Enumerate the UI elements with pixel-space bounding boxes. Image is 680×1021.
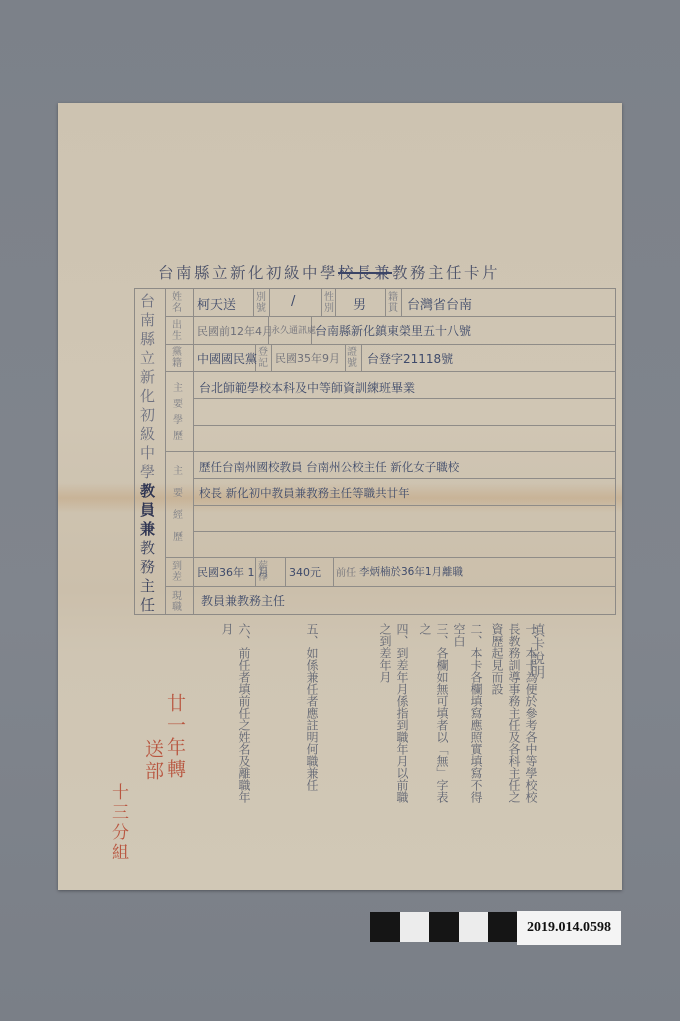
instruction-item-2: 二、本卡各欄填寫應照實填寫不得空白 [450,623,484,803]
col-divider [333,557,334,586]
col-divider [253,289,254,316]
post-value: 教員兼教務主任 [201,592,285,609]
document-sheet: 台南縣立新化初級中學校長兼教務主任卡片 姓名 柯天送 [58,103,622,890]
exam-label: 登記 [258,347,272,369]
alias-label: 別號 [256,292,270,314]
cert-value: 台登字21118號 [367,350,453,367]
sex-label: 性別 [324,292,338,314]
scale-block [488,912,518,942]
instruction-item-4: 四、到差年月係指到職年月以前職之到差年月 [376,623,410,803]
row-divider [193,478,615,479]
predecessor-label: 前任 [336,564,356,579]
row-divider [165,557,615,558]
instruction-item-5: 五、如係兼任者應註明何職兼任 [303,623,320,803]
education-label: 主要學歷 [173,381,187,445]
appoint-label: 到差 [172,561,186,583]
cert-label: 證號 [347,347,361,369]
name-value: 柯天送 [197,294,236,313]
sex-value: 男 [353,294,366,313]
salary-label: 薪俸 [258,561,272,583]
row-divider [193,425,615,426]
col-divider [321,289,322,316]
col-divider [193,289,194,614]
col-divider [361,344,362,371]
name-label: 姓名 [172,292,186,314]
post-label: 現職 [172,591,186,613]
instruction-item-6: 六、前任者填前任之姓名及離職年月 [218,623,252,803]
title-prefix: 台南縣立新化初級中學 [158,264,338,282]
party-value: 中國國民黨 [197,350,257,367]
scale-block [459,912,489,942]
row-divider [165,451,615,452]
color-scale-bar [370,912,518,942]
alias-value: / [291,294,295,309]
birth-label: 出生 [172,320,186,342]
scale-block [429,912,459,942]
side-heading: 台南縣立新化初級中學教員兼教務主任 [140,292,160,615]
predecessor-value: 李炳楠於36年1月離職 [359,564,463,579]
col-divider [165,289,166,614]
side-heading-column: 台南縣立新化初級中學教員兼教務主任 [134,288,164,613]
row-divider [193,505,615,506]
title-struck: 校長兼 [338,264,392,282]
col-divider [385,289,386,316]
career-line-2: 校長 新化初中教員兼教務主任等職共廿年 [199,485,410,501]
form-table: 姓名 柯天送 別號 / 性別 男 籍貫 台灣省台南 出生 民國前12年4月 永久… [134,288,616,615]
row-divider [165,371,615,372]
address-value: 台南縣新化鎮東榮里五十八號 [315,322,471,339]
accession-number-label: 2019.014.0598 [517,911,621,945]
education-line-1: 台北師範學校本科及中等師資訓練班畢業 [199,379,415,396]
col-divider [285,557,286,586]
instruction-item-1: 一、本卡為便於參考各中等學校校長教務訓導事務主任及各科主任之資歷起見而設 [488,623,539,803]
row-divider [193,531,615,532]
scale-block [400,912,430,942]
origin-label: 籍貫 [388,292,402,314]
scale-block [370,912,400,942]
side-role: 教務主任 [140,539,155,614]
side-struck: 教員兼 [140,482,155,538]
red-annotation-2: 送部 [140,739,167,783]
origin-value: 台灣省台南 [407,294,472,313]
career-label: 主要經歷 [173,461,187,549]
birth-value: 民國前12年4月 [197,323,273,339]
card-title: 台南縣立新化初級中學校長兼教務主任卡片 [158,261,500,283]
title-suffix: 教務主任卡片 [392,264,500,282]
red-annotation-3: 十三分組 [106,783,131,863]
address-label: 永久通訊處 [271,323,316,336]
career-line-1: 歷任台南州國校教員 台南州公校主任 新化女子職校 [199,459,459,475]
col-divider [345,344,346,371]
row-divider [193,398,615,399]
row-divider [165,344,615,345]
side-school: 台南縣立新化初級中學 [140,292,155,481]
exam-value: 民國35年9月 [275,350,340,366]
salary-value: 340元 [289,564,321,580]
row-divider [165,316,615,317]
party-label: 黨籍 [172,347,186,369]
row-divider [165,586,615,587]
instruction-item-3: 三、各欄如無可填者以「無」字表之 [416,623,450,803]
